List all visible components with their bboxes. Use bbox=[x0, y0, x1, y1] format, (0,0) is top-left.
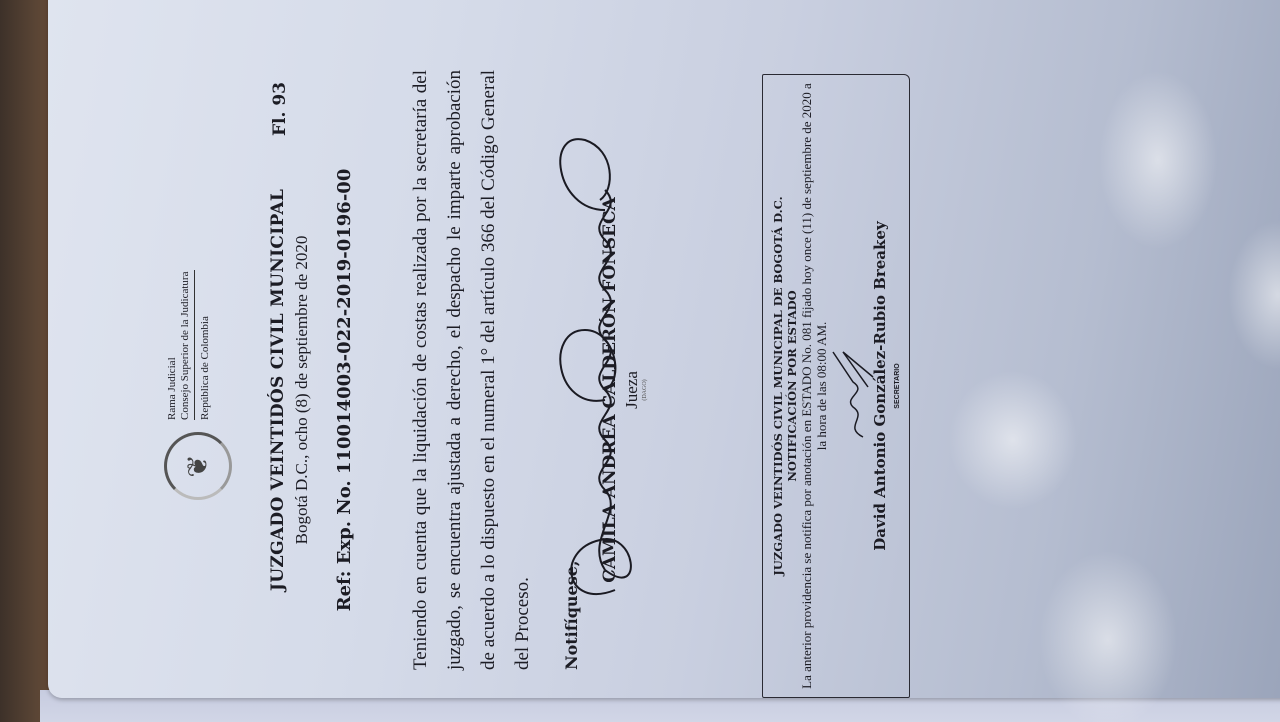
light-glare bbox=[948, 370, 1078, 510]
stamp-subtitle: NOTIFICACIÓN POR ESTADO bbox=[785, 75, 799, 697]
institution-line-2: Consejo Superior de la Judicatura bbox=[179, 270, 192, 420]
dateline: Bogotá D.C., ocho (8) de septiembre de 2… bbox=[292, 70, 312, 710]
secretary-role: SECRETARIO bbox=[894, 75, 901, 697]
judge-role-label: Jueza bbox=[622, 371, 641, 409]
judge-role: Jueza (DAGO) bbox=[622, 70, 648, 710]
court-name: JUZGADO VEINTIDÓS CIVIL MUNICIPAL bbox=[268, 70, 288, 710]
institution-line-3: República de Colombia bbox=[199, 270, 212, 420]
secretary-name: David Antonio González-Rubio Breakey bbox=[871, 75, 889, 697]
light-glare bbox=[1038, 550, 1178, 722]
institution-block: Rama Judicial Consejo Superior de la Jud… bbox=[166, 270, 212, 420]
judge-initials: (DAGO) bbox=[642, 70, 648, 710]
institution-line-1: Rama Judicial bbox=[166, 270, 179, 420]
ruling-text: Teniendo en cuenta que la liquidación de… bbox=[404, 70, 540, 670]
letterhead: ❦ Rama Judicial Consejo Superior de la J… bbox=[150, 70, 260, 710]
light-glare bbox=[1228, 220, 1280, 370]
coat-of-arms-icon: ❦ bbox=[164, 432, 232, 500]
rotated-document-content: ❦ Rama Judicial Consejo Superior de la J… bbox=[150, 70, 950, 710]
case-reference: Ref: Exp. No. 110014003-022-2019-0196-00 bbox=[334, 70, 355, 710]
stamp-title: JUZGADO VEINTIDÓS CIVIL MUNICIPAL DE BOG… bbox=[771, 75, 785, 697]
light-glare bbox=[1098, 70, 1218, 250]
divider bbox=[194, 270, 195, 420]
notification-stamp: JUZGADO VEINTIDÓS CIVIL MUNICIPAL DE BOG… bbox=[762, 74, 910, 698]
judge-name: CAMILA ANDREA CALDERÓN FONSECA bbox=[600, 70, 620, 710]
